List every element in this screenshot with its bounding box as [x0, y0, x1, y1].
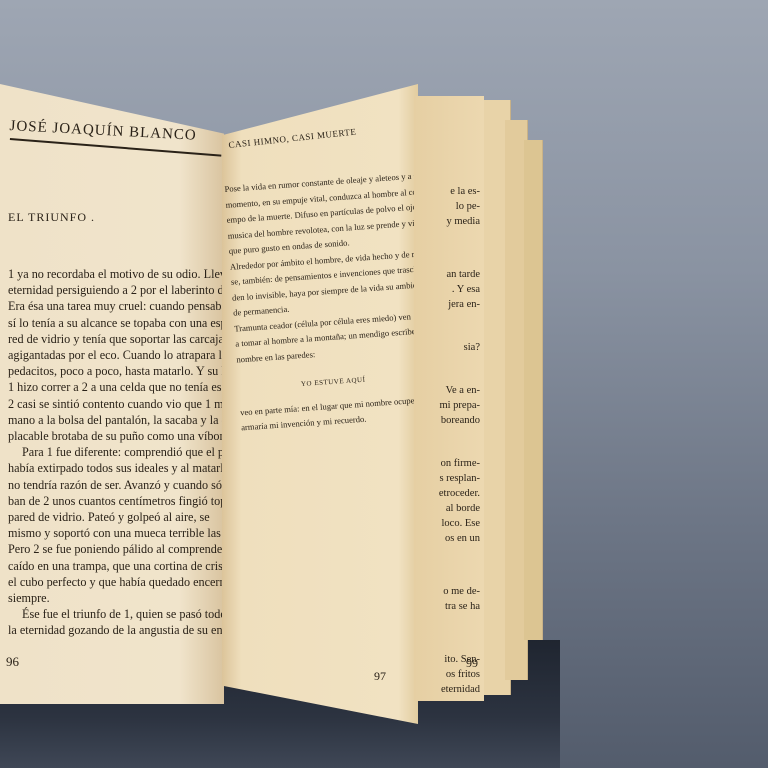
text-line: etroceder. — [414, 486, 480, 501]
text-line: loco. Ese — [414, 516, 480, 531]
text-line: sí lo tenía a su alcance se topaba con u… — [8, 315, 223, 331]
page-number-turned: 99 — [466, 656, 478, 671]
text-line: mi prepa- — [414, 398, 480, 413]
text-line: s resplan- — [414, 471, 480, 486]
text-line: Pero 2 se fue poniendo pálido al compren… — [8, 541, 223, 557]
text-line: on firme- — [414, 456, 480, 471]
text-line: . Y esa — [414, 282, 480, 297]
right-page: CASI HIMNO, CASI MUERTE Pose la vida en … — [222, 84, 418, 724]
text-line: jera en- — [414, 297, 480, 312]
page-number-right: 97 — [374, 669, 386, 684]
text-line: placable brotaba de su puño como una víb… — [8, 428, 223, 444]
text-line: 1 ya no recordaba el motivo de su odio. … — [8, 266, 223, 282]
page-edges-cover — [524, 140, 543, 640]
text-line: pedacitos, poco a poco, hasta matarlo. Y… — [8, 363, 223, 379]
text-line: al borde — [414, 501, 480, 516]
text-line: la eternidad gozando de la angustia de s… — [8, 622, 223, 638]
text-line: mismo y soportó con una mueca terrible l… — [8, 525, 223, 541]
turned-page: e la es-lo pe-y media an tarde. Y esajer… — [414, 96, 484, 701]
text-line: red de vidrio y tenía que soportar las c… — [8, 331, 223, 347]
text-line: agigantadas por el eco. Cuando lo atrapa… — [8, 347, 223, 363]
chapter-title: EL TRIUNFO . — [8, 210, 95, 225]
text-line: tra se ha — [414, 599, 480, 614]
text-line: eternidad — [414, 682, 480, 697]
text-line: Para 1 fue diferente: comprendió que el … — [8, 444, 223, 460]
left-body-text: 1 ya no recordaba el motivo de su odio. … — [8, 266, 223, 639]
text-line: caído en una trampa, que una cortina de … — [8, 558, 223, 574]
text-line: Ve a en- — [414, 383, 480, 398]
text-line: Era ésa una tarea muy cruel: cuando pens… — [8, 298, 223, 314]
running-head-right: CASI HIMNO, CASI MUERTE — [228, 127, 357, 150]
right-body-text: Pose la vida en rumor constante de oleaj… — [224, 169, 418, 436]
text-line: había extirpado todos sus ideales y al m… — [8, 460, 223, 476]
text-line: y media — [414, 214, 480, 229]
text-line: boreando — [414, 413, 480, 428]
text-line: no tendría razón de ser. Avanzó y cuando… — [8, 477, 223, 493]
text-line: 1 hizo correr a 2 a una celda que no ten… — [8, 379, 223, 395]
poem-title: YO ESTUVE AQUÍ — [238, 368, 418, 397]
text-line: el cubo perfecto y que había quedado enc… — [8, 574, 223, 590]
text-line: pared de vidrio. Pateó y golpeó al aire,… — [8, 509, 223, 525]
text-line: an tarde — [414, 267, 480, 282]
text-line: sia? — [414, 340, 480, 355]
text-line: mano a la bolsa del pantalón, la sacaba … — [8, 412, 223, 428]
text-line: o me de- — [414, 584, 480, 599]
text-line: 2 casi se sintió contento cuando vio que… — [8, 396, 223, 412]
text-line: lo pe- — [414, 199, 480, 214]
left-page: JOSÉ JOAQUÍN BLANCO EL TRIUNFO . 1 ya no… — [0, 84, 224, 704]
page-number-left: 96 — [6, 654, 19, 670]
text-line: eternidad persiguiendo a 2 por el laberi… — [8, 282, 223, 298]
text-line: e la es- — [414, 184, 480, 199]
text-line: os en un — [414, 531, 480, 546]
turned-page-text: e la es-lo pe-y media an tarde. Y esajer… — [414, 184, 480, 697]
text-line: ban de 2 unos cuantos centímetros fingió… — [8, 493, 223, 509]
text-line: Ése fue el triunfo de 1, quien se pasó t… — [8, 606, 223, 622]
text-line: siempre. — [8, 590, 223, 606]
